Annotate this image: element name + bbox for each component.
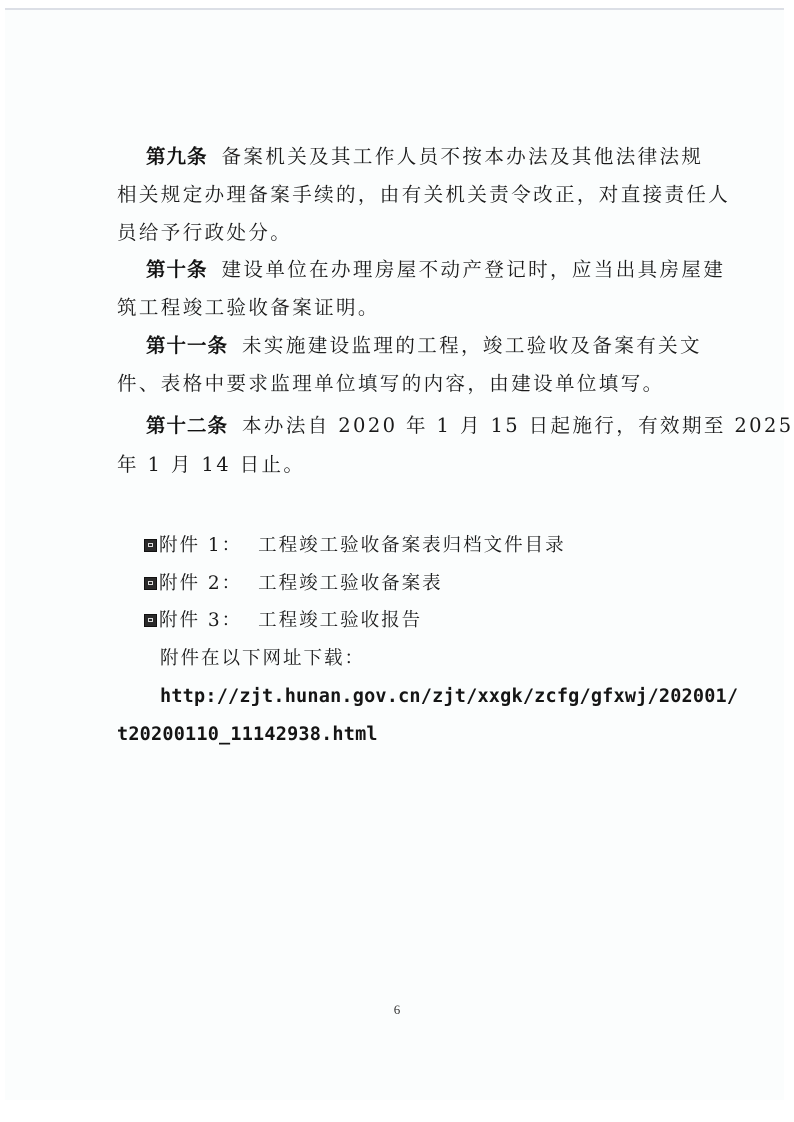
attachment-label: 附件 1： [159, 535, 242, 556]
article-text: 建设单位在办理房屋不动产登记时，应当出具房屋建 [222, 258, 726, 281]
attachment-3[interactable]: 附件 3：工程竣工验收报告 [144, 609, 422, 633]
article-heading: 第十一条 [146, 334, 228, 357]
attachment-label: 附件 3： [159, 610, 242, 631]
article-11-line-2: 件、表格中要求监理单位填写的内容，由建设单位填写。 [117, 372, 687, 396]
article-9-line-1: 第九条备案机关及其工作人员不按本办法及其他法律法规 [146, 145, 716, 169]
article-heading: 第十二条 [146, 414, 228, 437]
article-12-line-1: 第十二条本办法自 2020 年 1 月 15 日起施行，有效期至 2025 [146, 414, 716, 438]
download-url-line-1[interactable]: http://zjt.hunan.gov.cn/zjt/xxgk/zcfg/gf… [160, 685, 738, 709]
article-text: 本办法自 2020 年 1 月 15 日起施行，有效期至 2025 [242, 414, 794, 437]
article-10-line-2: 筑工程竣工验收备案证明。 [117, 296, 687, 320]
document-attachment-icon[interactable] [144, 539, 157, 552]
page-number: 6 [394, 1002, 401, 1018]
article-heading: 第九条 [146, 145, 208, 168]
article-heading: 第十条 [146, 258, 208, 281]
download-url-line-2[interactable]: t20200110_11142938.html [117, 723, 378, 747]
attachment-title: 工程竣工验收备案表归档文件目录 [258, 535, 566, 556]
attachment-1[interactable]: 附件 1：工程竣工验收备案表归档文件目录 [144, 534, 566, 558]
document-attachment-icon[interactable] [144, 577, 157, 590]
document-attachment-icon[interactable] [144, 614, 157, 627]
article-9-line-2: 相关规定办理备案手续的，由有关机关责令改正，对直接责任人 [117, 183, 687, 207]
attachment-2[interactable]: 附件 2：工程竣工验收备案表 [144, 572, 443, 596]
article-12-line-2: 年 1 月 14 日止。 [117, 453, 687, 477]
article-9-line-3: 员给予行政处分。 [117, 221, 687, 245]
article-10-line-1: 第十条建设单位在办理房屋不动产登记时，应当出具房屋建 [146, 258, 716, 282]
download-note: 附件在以下网址下载： [160, 647, 365, 671]
attachment-title: 工程竣工验收备案表 [258, 573, 443, 594]
article-11-line-1: 第十一条未实施建设监理的工程，竣工验收及备案有关文 [146, 334, 716, 358]
attachment-title: 工程竣工验收报告 [258, 610, 422, 631]
article-text: 备案机关及其工作人员不按本办法及其他法律法规 [222, 145, 704, 168]
attachment-label: 附件 2： [159, 573, 242, 594]
article-text: 未实施建设监理的工程，竣工验收及备案有关文 [242, 334, 702, 357]
